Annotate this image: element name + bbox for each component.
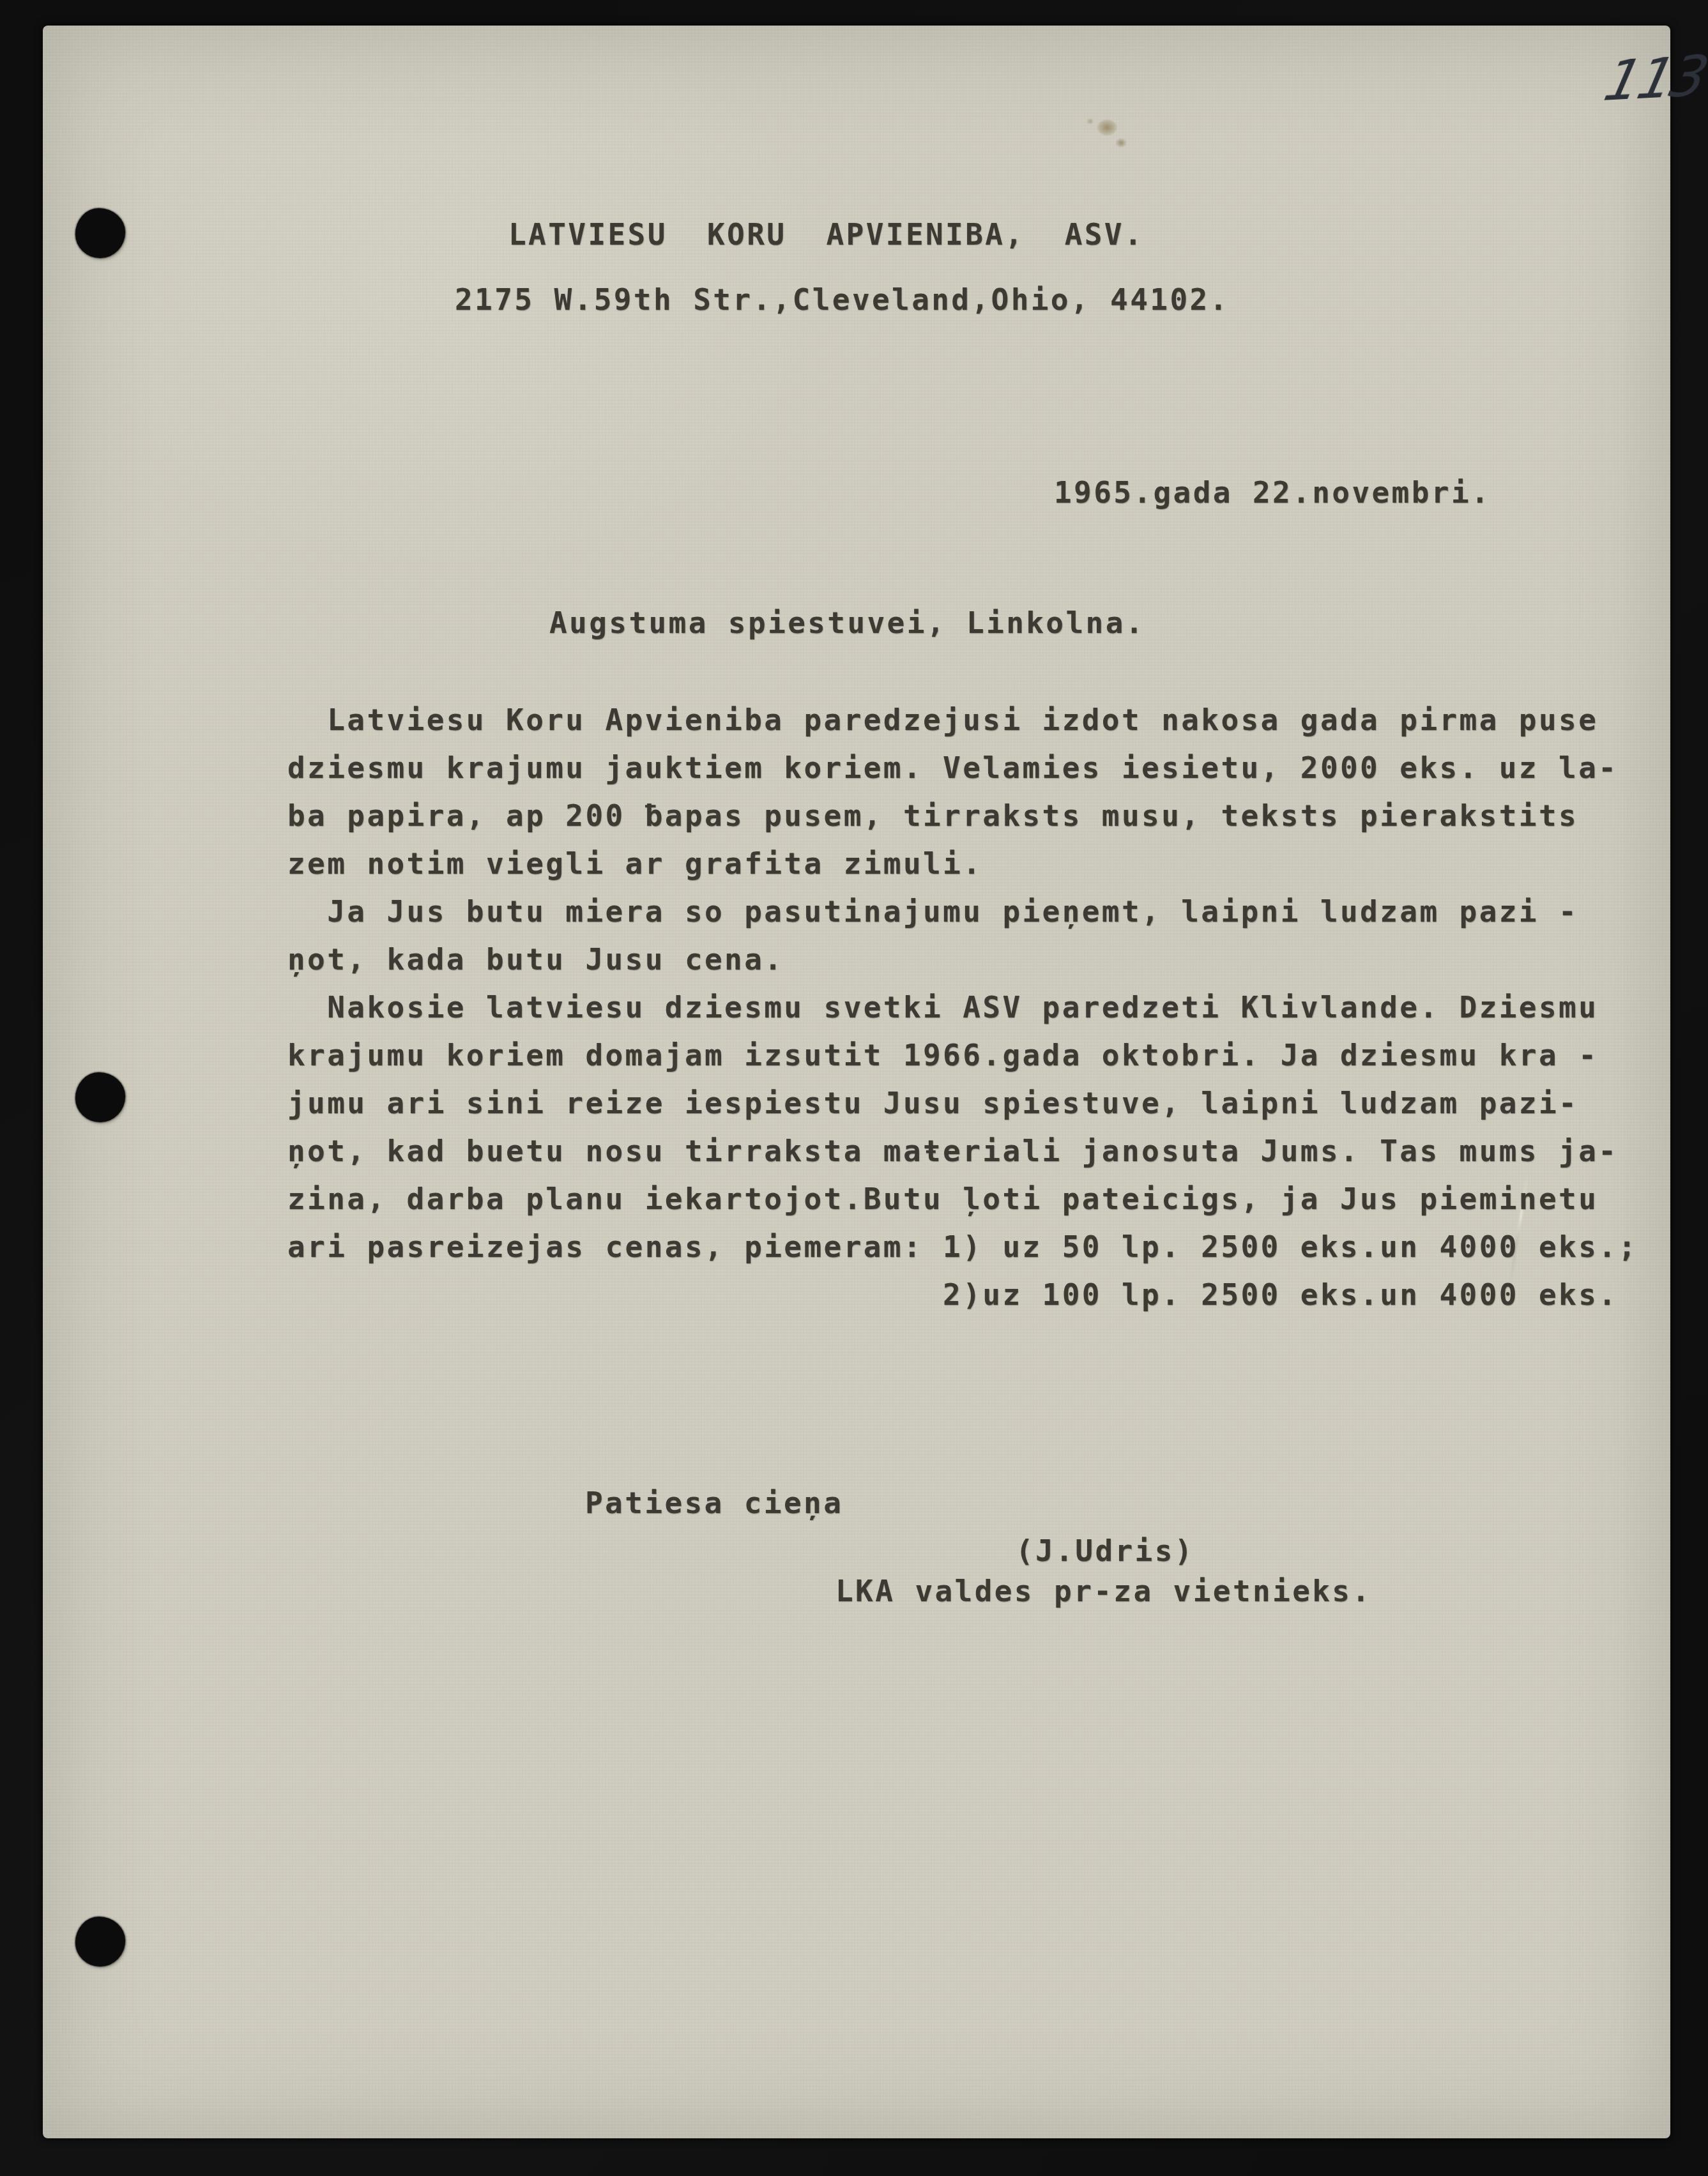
hole-punch-top — [75, 208, 125, 258]
hole-punch-middle — [75, 1072, 125, 1122]
handwritten-page-number: 113 — [1599, 46, 1708, 112]
closing-line: Patiesa cieņa — [585, 1479, 843, 1527]
org-name-line: LATVIESU KORU APVIENIBA, ASV. — [508, 211, 1144, 259]
org-address-line: 2175 W.59th Str.,Cleveland,Ohio, 44102. — [455, 276, 1230, 324]
hole-punch-bottom — [75, 1917, 125, 1967]
date-line: 1965.gada 22.novembri. — [1054, 469, 1491, 517]
stain-mark — [1064, 106, 1134, 157]
paper: 113 LATVIESU KORU APVIENIBA, ASV. 2175 W… — [43, 26, 1670, 2138]
scan-background: 113 LATVIESU KORU APVIENIBA, ASV. 2175 W… — [0, 0, 1708, 2176]
letter-body: Latviesu Koru Apvieniba paredzejusi izdo… — [287, 696, 1638, 1319]
salutation-line: Augstuma spiestuvei, Linkolna. — [549, 599, 1145, 647]
signature-title: LKA valdes pr-za vietnieks. — [835, 1567, 1372, 1615]
